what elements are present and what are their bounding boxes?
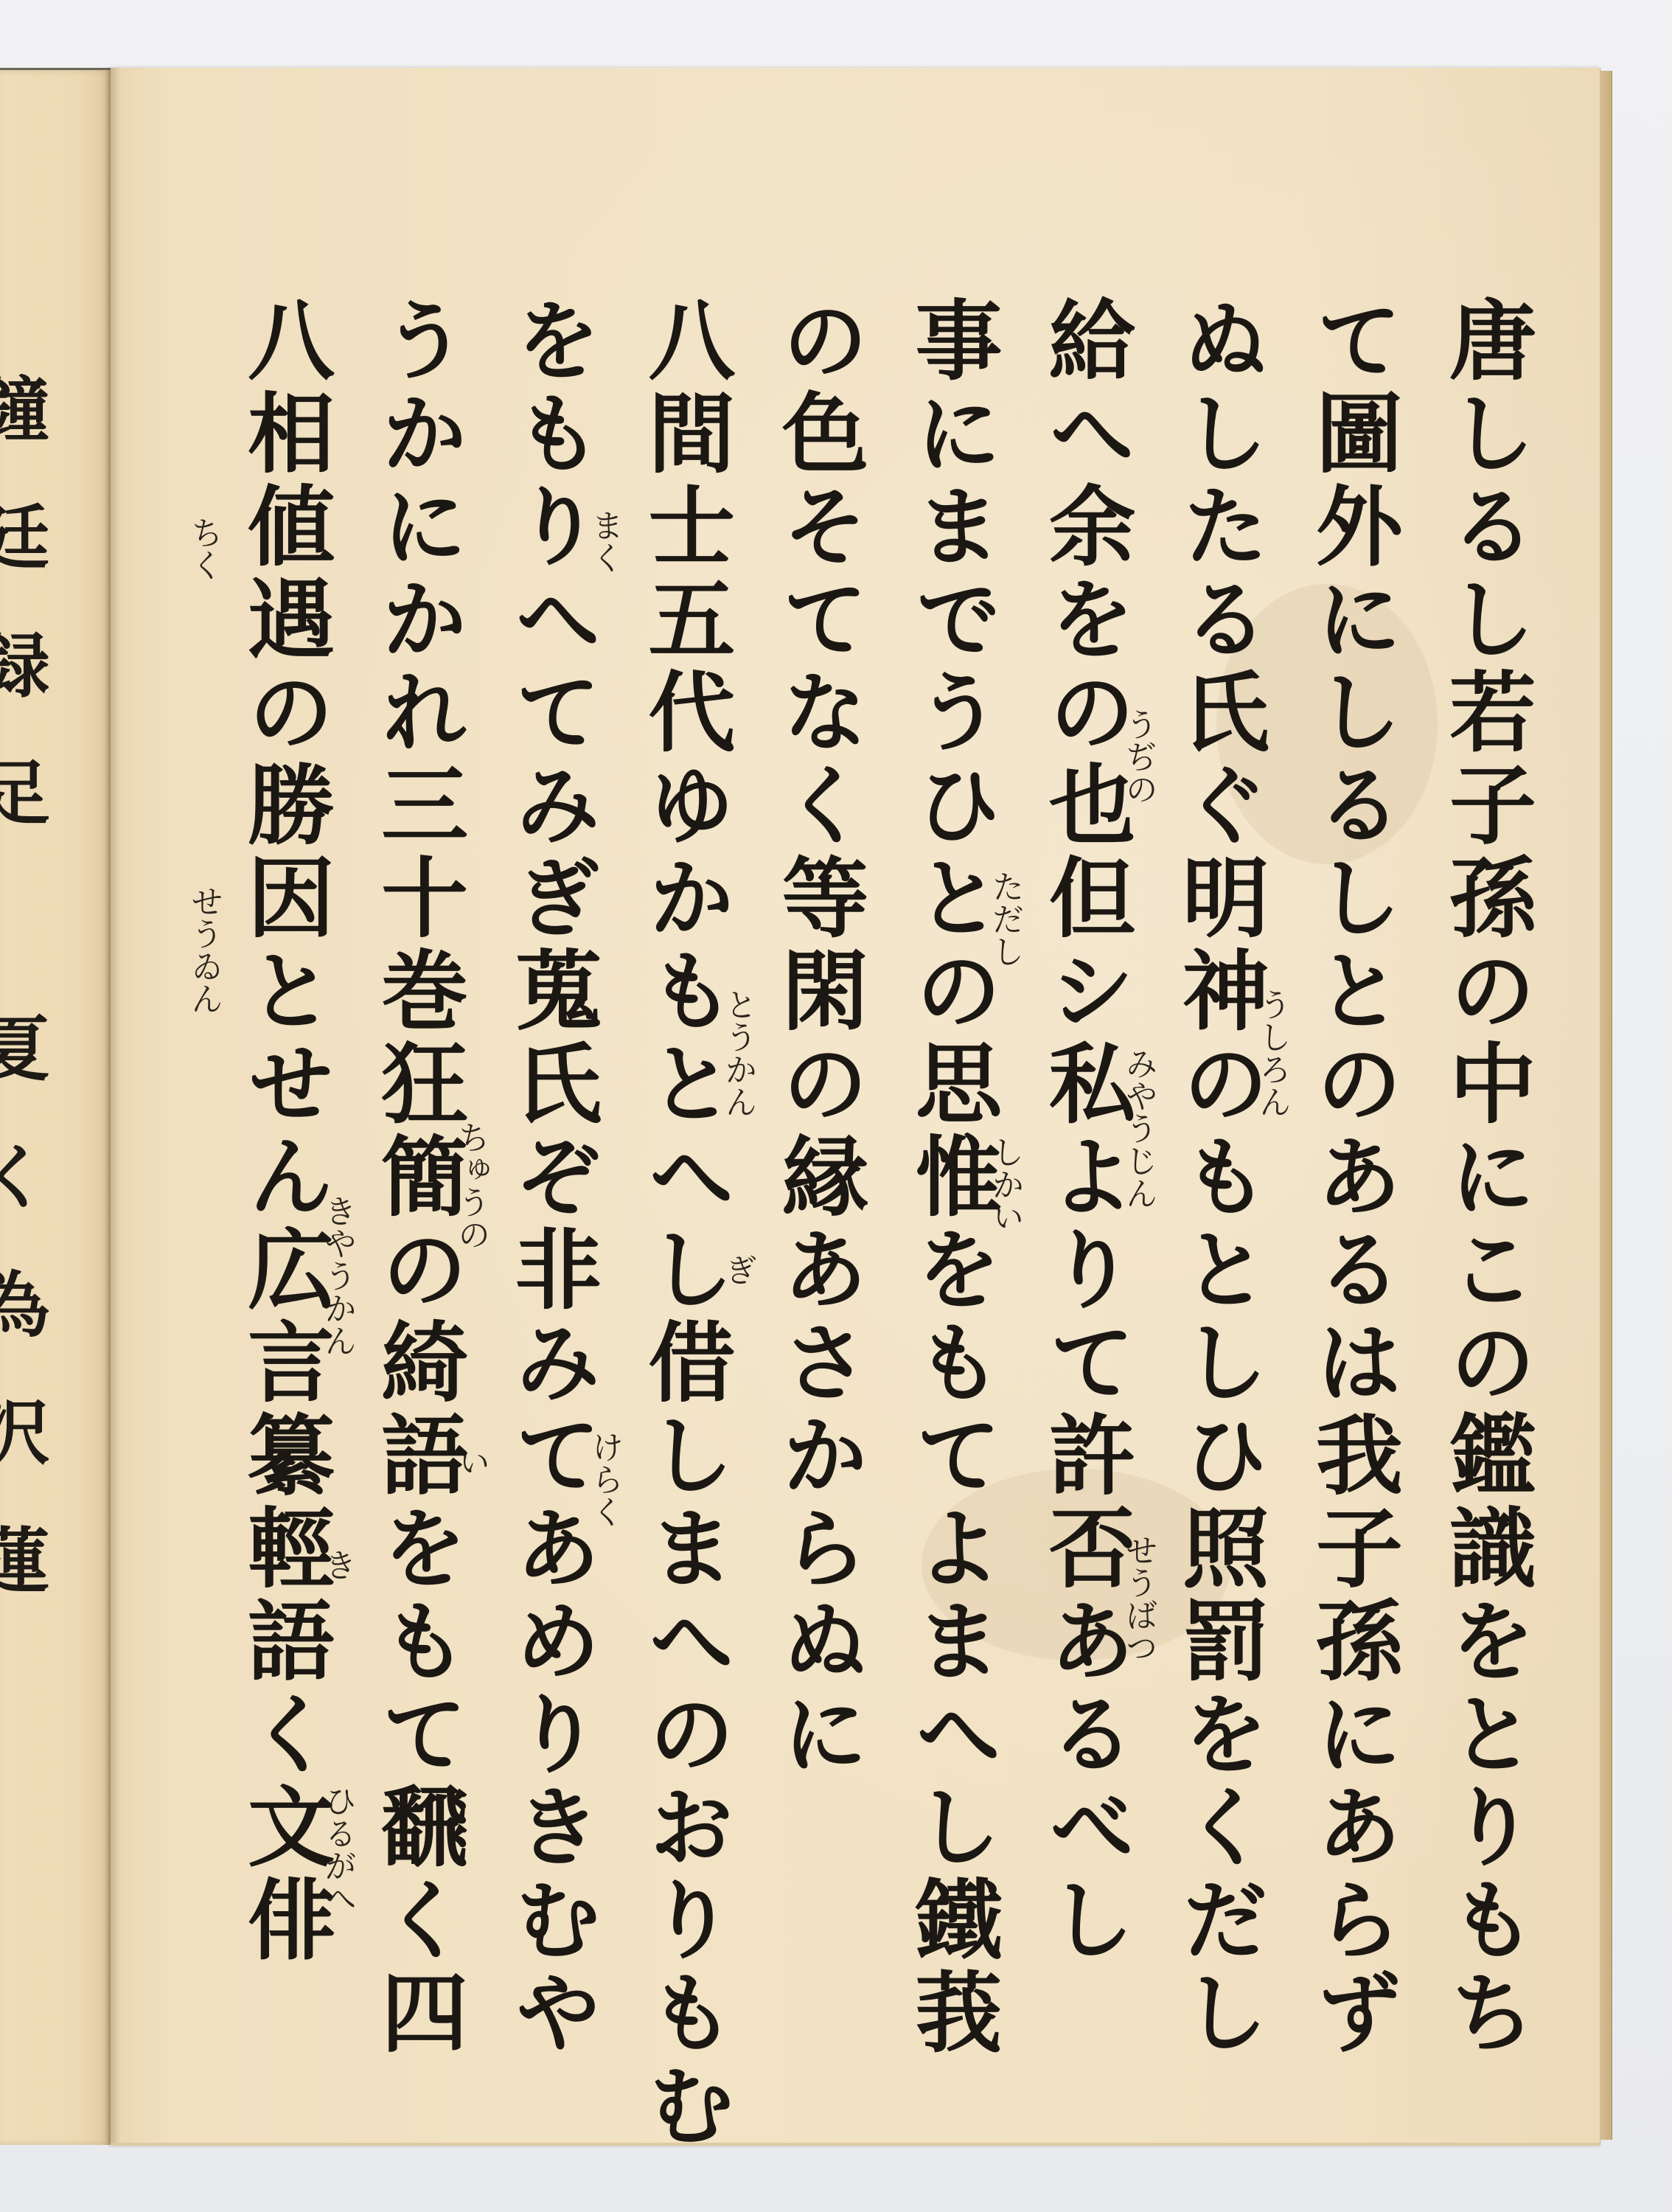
text-column-7: 八間士五代ゆかもとへし借しまへのおりもむまくけらく (629, 295, 739, 2065)
column-text: うかにかれ三十巻狂簡の綺語をもて飜く四 (369, 295, 465, 2060)
text-columns: 唐しるし若子孫の中にこの鑑識をとりもちて圖外にしるしとのあるは我子孫にあらずうし… (229, 295, 1541, 2065)
column-text: て圖外にしるしとのあるは我子孫にあらず (1304, 295, 1400, 2060)
text-column-3: ぬしたる氏ぐ明神のもとしひ照罰をくだしうぢのみやうじんせうばつ (1163, 295, 1274, 2065)
left-page: 鐘 廷 録 足 … 夏 く 為 沢 蓮 (0, 68, 111, 2145)
text-column-4: 給へ余をの也但シ私よりて許否あるべしただししかい (1030, 295, 1140, 2065)
column-text: 事にまでうひとの思惟をもてよまへし鐵莪 (904, 295, 1000, 2060)
column-text: の色そてなく等閑の縁あさからぬに (770, 295, 865, 1781)
column-text: 給へ余をの也但シ私よりて許否あるべし (1037, 295, 1133, 1967)
column-text: 唐しるし若子孫の中にこの鑑識をとりもち (1438, 295, 1533, 2060)
gutter-crease (111, 68, 121, 2143)
column-text: をもりへてみぎ蒐氏ぞ非みてあめりきむや (503, 295, 599, 2060)
text-column-5: 事にまでうひとの思惟をもてよまへし鐵莪 (896, 295, 1007, 2065)
furigana-gloss: せうゐん (186, 885, 221, 1015)
furigana-gloss: ちく (186, 516, 221, 581)
text-column-10: 八相値遇の勝因とせん広言纂輕語く文俳ちくせうゐん (229, 295, 339, 2065)
text-column-2: て圖外にしるしとのあるは我子孫にあらずうしろん (1297, 295, 1407, 2065)
column-text: ぬしたる氏ぐ明神のもとしひ照罰をくだし (1171, 295, 1267, 2060)
text-column-1: 唐しるし若子孫の中にこの鑑識をとりもち (1430, 295, 1541, 2065)
left-page-text: 鐘 廷 録 足 … 夏 く 為 沢 蓮 (0, 372, 38, 2068)
column-text: 八間士五代ゆかもとへし借しまへのおりもむ (636, 295, 732, 2153)
text-column-6: の色そてなく等閑の縁あさからぬにとうかんぎ (762, 295, 873, 2065)
column-text: 八相値遇の勝因とせん広言纂輕語く文俳 (236, 295, 332, 1967)
text-column-9: うかにかれ三十巻狂簡の綺語をもて飜く四きやうかんきひるがへ (362, 295, 473, 2065)
text-column-8: をもりへてみぎ蒐氏ぞ非みてあめりきむやちゅうのい (495, 295, 606, 2065)
page-edge (1600, 71, 1612, 2140)
